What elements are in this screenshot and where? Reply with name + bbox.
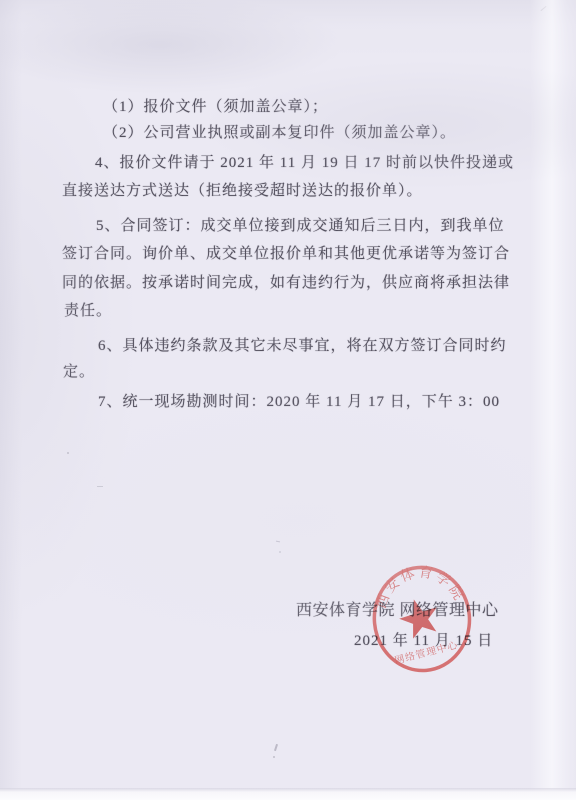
scan-speck xyxy=(540,6,546,11)
doc-line-item-2: （2）公司营业执照或副本复印件（须加盖公章）。 xyxy=(103,121,456,142)
official-seal: 西安体育学院 网络管理中心 xyxy=(354,549,489,691)
doc-line-clause-5d: 责任。 xyxy=(64,299,112,320)
scan-speck xyxy=(276,541,280,543)
scan-speck xyxy=(67,452,69,454)
doc-line-clause-5b: 签订合同。询价单、成交单位报价单和其他更优承诺等为签订合 xyxy=(62,242,510,263)
scan-speck xyxy=(279,551,281,553)
doc-line-clause-6a: 6、具体违约条款及其它未尽事宜，将在双方签订合同时约 xyxy=(98,334,507,355)
doc-line-clause-5c: 同的依据。按承诺时间完成，如有违约行为，供应商将承担法律 xyxy=(62,271,510,292)
doc-line-clause-5a: 5、合同签订：成交单位接到成交通知后三日内，到我单位 xyxy=(96,214,505,235)
signature-organization: 西安体育学院 网络管理中心 xyxy=(296,597,499,620)
scan-speck xyxy=(274,744,278,751)
signature-date: 2021 年 11 月 15 日 xyxy=(354,629,493,650)
doc-line-clause-4b: 直接送达方式送达（拒绝接受超时送达的报价单）。 xyxy=(62,179,423,200)
doc-line-clause-4a: 4、报价文件请于 2021 年 11 月 19 日 17 时前以快件投递或 xyxy=(95,151,514,172)
document-page: （1）报价文件（须加盖公章）； （2）公司营业执照或副本复印件（须加盖公章）。 … xyxy=(0,0,576,800)
doc-line-clause-7: 7、统一现场勘测时间：2020 年 11 月 17 日，下午 3：00 xyxy=(98,390,500,411)
scan-speck xyxy=(97,486,103,487)
doc-line-clause-6b: 定。 xyxy=(63,360,95,381)
scan-speck xyxy=(273,756,275,758)
paper-bottom-edge xyxy=(0,788,576,800)
doc-line-item-1: （1）报价文件（须加盖公章）； xyxy=(103,95,328,116)
